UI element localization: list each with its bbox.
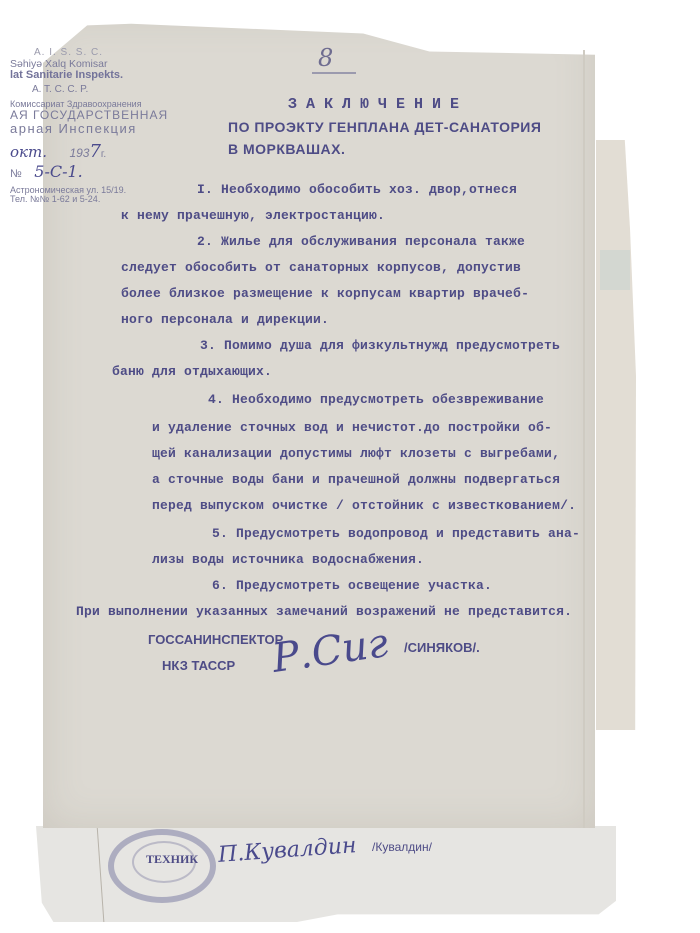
page-number-underline [312,72,356,74]
stamp-date-row: окт. 1937г. [10,143,160,162]
body-line: 4. Необходимо предусмотреть обезвреживан… [208,392,544,407]
body-line: ного персонала и дирекции. [121,312,329,327]
body-line: более близкое размещение к корпусам квар… [121,286,529,301]
document-title: ЗАКЛЮЧЕНИЕ [288,96,468,113]
number-label: № [10,168,22,180]
subtitle-line: В МОРКВАШАХ. [228,138,541,160]
institution-stamp: A. I. S. S. C. Sǝhiyǝ Xalq Komisar lat S… [10,48,160,205]
body-line: лизы воды источника водоснабжения. [152,552,424,567]
number-handwritten: 5-С-1. [34,162,83,181]
technician-label: ТЕХНИК [146,852,198,867]
body-line: перед выпуском очистке / отстойник с изв… [152,498,576,513]
year-handwritten: 7 [89,141,100,162]
stamp-line: арная Инспекция [10,122,160,136]
underlying-page-right-edge [596,140,636,730]
body-line: к нему прачешную, электростанцию. [121,208,385,223]
body-line: 5. Предусмотреть водопровод и представит… [212,526,580,541]
body-line: 2. Жилье для обслуживания персонала такж… [197,234,525,249]
stamp-line: lat Sanitarie Inspekts. [10,70,160,82]
page-number: 8 [318,44,333,72]
stamp-phones: Тел. №№ 1-62 и 5-24. [10,195,160,204]
document-subtitle: ПО ПРОЭКТУ ГЕНПЛАНА ДЕТ-САНАТОРИЯ В МОРК… [228,116,541,160]
subtitle-line: ПО ПРОЭКТУ ГЕНПЛАНА ДЕТ-САНАТОРИЯ [228,116,541,138]
stamp-line: A. T. C. C. P. [10,85,160,96]
year-prefix: 193 [69,146,89,160]
stamp-number-row: № 5-С-1. [10,164,160,182]
stamp-line: Sǝhiyǝ Xalq Komisar [10,59,160,70]
sheet-edge [583,50,585,828]
stamp-line: A. I. S. S. C. [10,48,160,59]
body-line: и удаление сточных вод и нечистот.до пос… [152,420,552,435]
signatory-title: ГОССАНИНСПЕКТОР [148,632,283,647]
signatory-org: НКЗ ТАССР [162,658,235,673]
paper-fold [97,826,105,922]
stamp-line: АЯ ГОСУДАРСТВЕННАЯ [10,109,160,122]
year-suffix: г. [101,149,106,160]
date-handwritten: окт. [10,143,47,161]
body-line: а сточные воды бани и прачешной должны п… [152,472,560,487]
body-line: щей канализации допустимы люфт клозеты с… [152,446,560,461]
body-line: 6. Предусмотреть освещение участка. [212,578,492,593]
signatory-name: /СИНЯКОВ/. [404,640,480,655]
body-line: При выполнении указанных замечаний возра… [76,604,572,619]
paper-tint [600,250,630,290]
body-line: баню для отдыхающих. [112,364,272,379]
body-line: 3. Помимо душа для физкультнужд предусмо… [200,338,560,353]
body-line: I. Необходимо обособить хоз. двор,отнеся [197,182,517,197]
technician-name: /Кувалдин/ [372,840,432,854]
body-line: следует обособить от санаторных корпусов… [121,260,521,275]
